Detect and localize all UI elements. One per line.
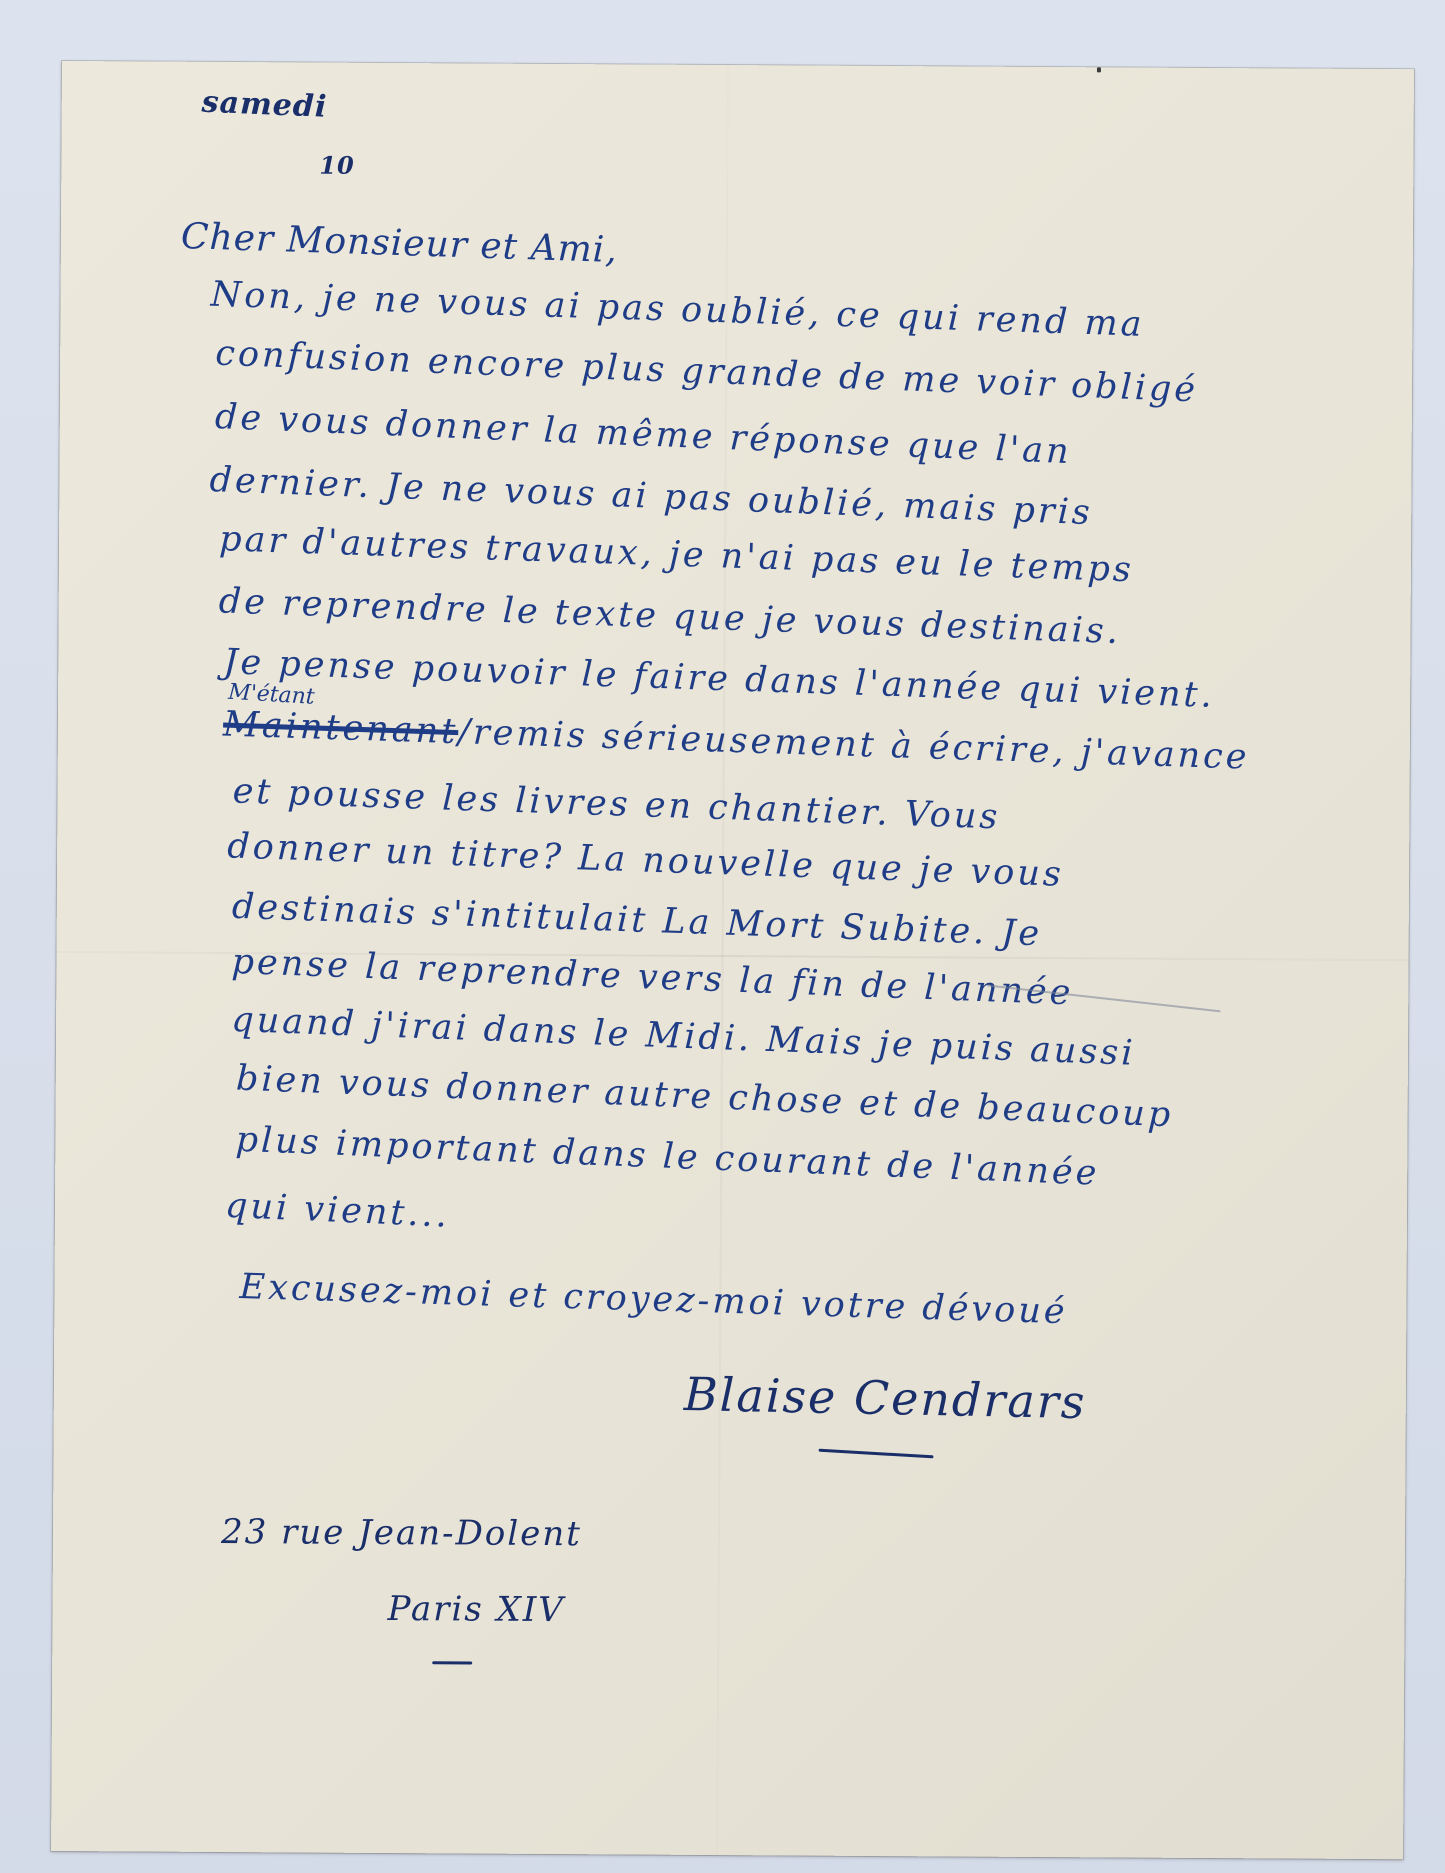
body-line: et pousse les livres en chantier. Vous <box>232 771 1001 837</box>
body-line-text: /remis sérieusement à écrire, j'avance <box>458 712 1251 778</box>
struck-word: Maintenant <box>222 705 458 753</box>
salutation: Cher Monsieur et Ami, <box>180 216 618 271</box>
body-line: qui vient... <box>224 1186 450 1236</box>
body-line: destinais s'intitulait La Mort Subite. J… <box>231 887 1043 955</box>
signature: Blaise Cendrars <box>683 1367 1087 1429</box>
signature-underline <box>819 1449 934 1459</box>
address-underline <box>432 1661 472 1664</box>
body-line: donner un titre? La nouvelle que je vous <box>227 826 1065 894</box>
body-line: de reprendre le texte que je vous destin… <box>218 581 1121 652</box>
body-line: Non, je ne vous ai pas oublié, ce qui re… <box>210 275 1145 345</box>
date-day: samedi <box>201 85 328 125</box>
body-line: par d'autres travaux, je n'ai pas eu le … <box>219 519 1135 590</box>
date-number: 10 <box>319 151 355 180</box>
body-line: dernier. Je ne vous ai pas oublié, mais … <box>209 460 1094 533</box>
paper-speck <box>1097 67 1101 72</box>
body-line: pense la reprendre vers la fin de l'anné… <box>231 942 1074 1014</box>
body-line: Je pense pouvoir le faire dans l'année q… <box>223 642 1216 716</box>
body-line: bien vous donner autre chose et de beauc… <box>235 1059 1174 1136</box>
body-line: confusion encore plus grande de me voir … <box>215 334 1199 411</box>
body-line: plus important dans le courant de l'anné… <box>235 1120 1100 1194</box>
body-line-with-strikeout: Maintenant/remis sérieusement à écrire, … <box>222 705 1250 778</box>
address-city: Paris XIV <box>387 1589 564 1630</box>
closing-line: Excusez-moi et croyez-moi votre dévoué <box>239 1267 1068 1332</box>
body-line: de vous donner la même réponse que l'an <box>214 397 1072 472</box>
letter-paper: samedi 10 Cher Monsieur et Ami, Non, je … <box>51 61 1414 1859</box>
address-street: 23 rue Jean-Dolent <box>221 1512 582 1554</box>
